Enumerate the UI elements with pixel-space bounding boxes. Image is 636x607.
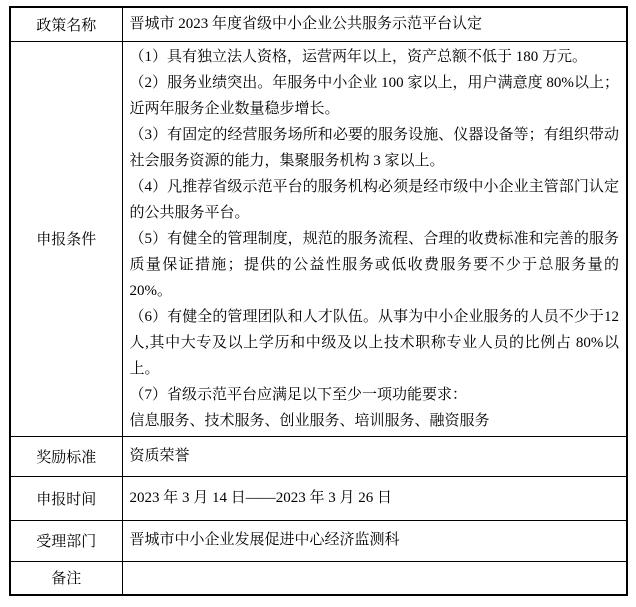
table-row-policy-name: 政策名称 晋城市 2023 年度省级中小企业公共服务示范平台认定: [10, 7, 627, 41]
table-row-apply-time: 申报时间 2023 年 3 月 14 日——2023 年 3 月 26 日: [10, 476, 627, 520]
row-label-conditions: 申报条件: [10, 41, 122, 436]
table-row-reward: 奖励标准 资质荣誉: [10, 436, 627, 476]
row-content-note: [122, 561, 627, 595]
condition-paragraph-4: （4）凡推荐省级示范平台的服务机构必须是经市级中小企业主管部门认定的公共服务平台…: [130, 174, 620, 226]
condition-paragraph-2: （2）服务业绩突出。年服务中小企业 100 家以上，用户满意度 80%以上；近两…: [130, 70, 620, 122]
row-label-apply-time: 申报时间: [10, 476, 122, 520]
condition-paragraph-3: （3）有固定的经营服务场所和必要的服务设施、仪器设备等；有组织带动社会服务资源的…: [130, 122, 620, 174]
condition-paragraph-5: （5）有健全的管理制度，规范的服务流程、合理的收费标准和完善的服务质量保证措施；…: [130, 226, 620, 304]
table-row-conditions: 申报条件 （1）具有独立法人资格，运营两年以上，资产总额不低于 180 万元。 …: [10, 41, 627, 436]
row-content-conditions: （1）具有独立法人资格，运营两年以上，资产总额不低于 180 万元。 （2）服务…: [122, 41, 627, 436]
row-label-note: 备注: [10, 561, 122, 595]
row-content-apply-time: 2023 年 3 月 14 日——2023 年 3 月 26 日: [122, 476, 627, 520]
condition-paragraph-6: （6）有健全的管理团队和人才队伍。从事为中小企业服务的人员不少于12 人,其中大…: [130, 304, 620, 382]
condition-paragraph-8: 信息服务、技术服务、创业服务、培训服务、融资服务: [130, 408, 620, 434]
row-label-department: 受理部门: [10, 520, 122, 561]
row-label-reward: 奖励标准: [10, 436, 122, 476]
row-content-reward: 资质荣誉: [122, 436, 627, 476]
row-content-policy-name: 晋城市 2023 年度省级中小企业公共服务示范平台认定: [122, 7, 627, 41]
row-label-policy-name: 政策名称: [10, 7, 122, 41]
table-row-note: 备注: [10, 561, 627, 595]
condition-paragraph-1: （1）具有独立法人资格，运营两年以上，资产总额不低于 180 万元。: [130, 44, 620, 70]
row-content-department: 晋城市中小企业发展促进中心经济监测科: [122, 520, 627, 561]
policy-table: 政策名称 晋城市 2023 年度省级中小企业公共服务示范平台认定 申报条件 （1…: [9, 6, 628, 596]
table-row-department: 受理部门 晋城市中小企业发展促进中心经济监测科: [10, 520, 627, 561]
condition-paragraph-7: （7）省级示范平台应满足以下至少一项功能要求：: [130, 382, 620, 408]
